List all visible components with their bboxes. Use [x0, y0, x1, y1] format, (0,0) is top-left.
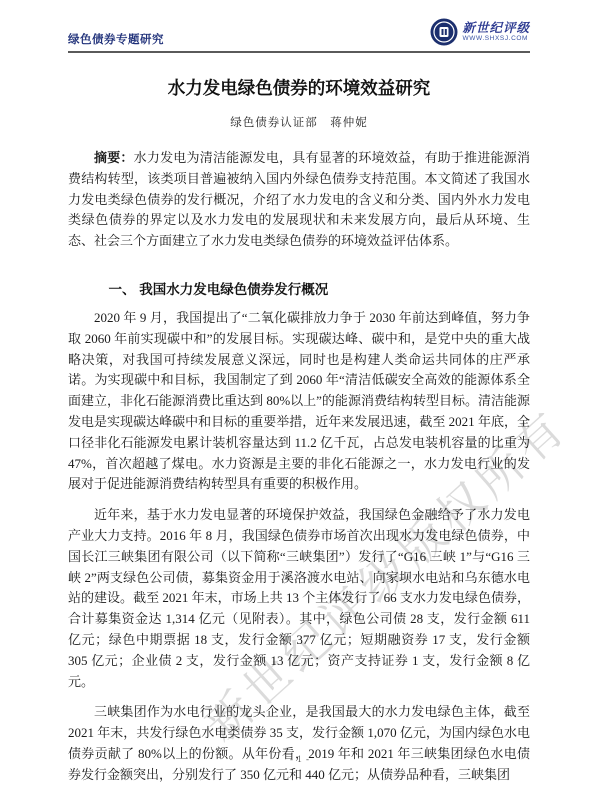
page-header: 绿色债券专题研究 新世纪评级 WWW.SHXSJ.COM: [68, 10, 530, 53]
abstract-paragraph: 摘要：水力发电为清洁能源发电，具有显著的环境效益，有助于推进能源消费结构转型，该…: [68, 148, 530, 252]
document-title: 水力发电绿色债券的环境效益研究: [68, 75, 530, 100]
brand-name: 新世纪评级: [462, 22, 530, 35]
body-paragraph-1: 2020 年 9 月，我国提出了“二氧化碳排放力争于 2030 年前达到峰值，努…: [68, 308, 530, 495]
report-series-label: 绿色债券专题研究: [68, 31, 164, 47]
page-content: 绿色债券专题研究 新世纪评级 WWW.SHXSJ.COM 水力发电绿色债券的环境…: [0, 0, 600, 786]
abstract-label: 摘要：: [94, 150, 134, 165]
body-paragraph-3: 三峡集团作为水电行业的龙头企业，是我国最大的水力发电绿色主体，截至 2021 年…: [68, 702, 530, 785]
section-1-heading: 一、 我国水力发电绿色债券发行概况: [68, 278, 530, 298]
document-page: 新世纪评级版权所有 绿色债券专题研究 新世纪评级 WWW.SHXSJ.COM 水…: [0, 0, 600, 800]
brand-website: WWW.SHXSJ.COM: [462, 36, 530, 43]
page-number: - 1 -: [0, 754, 600, 764]
company-logo: 新世纪评级 WWW.SHXSJ.COM: [430, 18, 530, 46]
logo-text-block: 新世纪评级 WWW.SHXSJ.COM: [462, 22, 530, 43]
author-byline: 绿色债券认证部 蒋仲妮: [68, 114, 530, 130]
abstract-text: 水力发电为清洁能源发电，具有显著的环境效益，有助于推进能源消费结构转型，该类项目…: [68, 150, 530, 248]
body-paragraph-2: 近年来，基于水力发电显著的环境保护效益，我国绿色金融给予了水力发电产业大力支持。…: [68, 505, 530, 692]
logo-emblem-icon: [430, 18, 458, 46]
